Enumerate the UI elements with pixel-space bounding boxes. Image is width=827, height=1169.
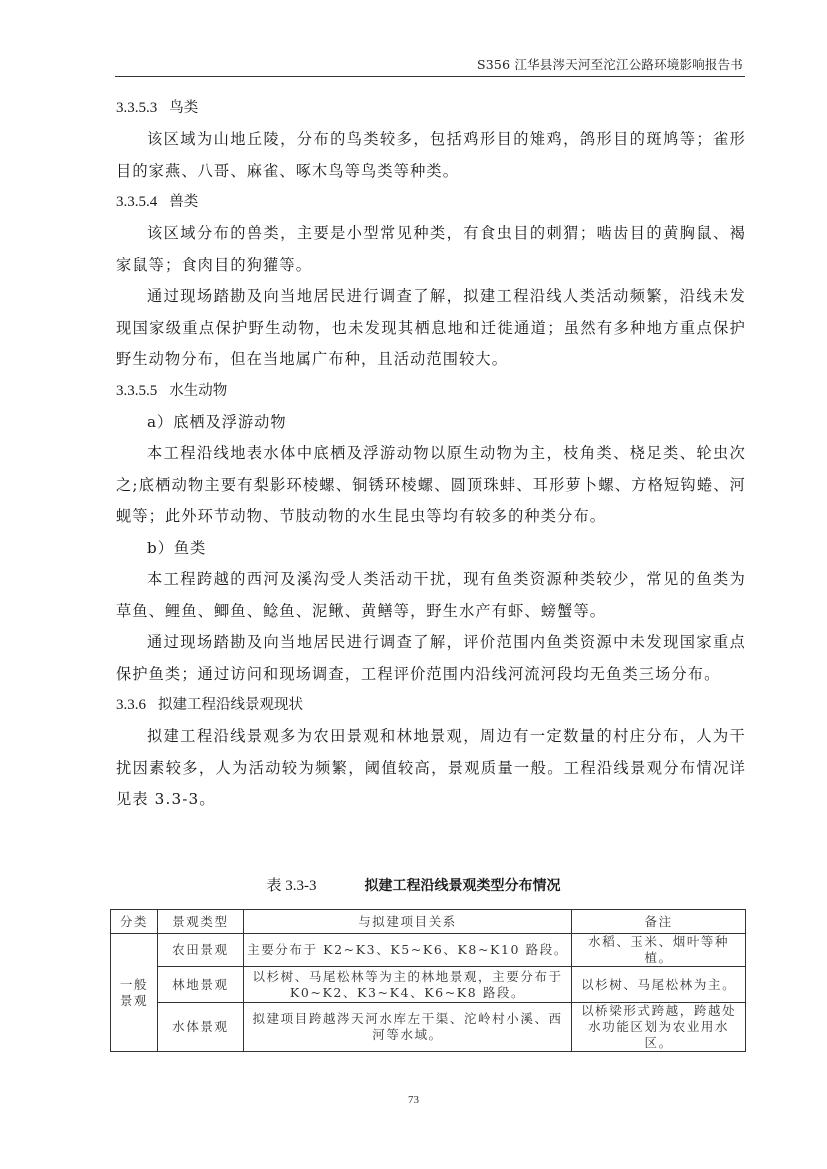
- section-number: 3.3.5.3: [116, 93, 157, 124]
- table-row: 林地景观 以杉树、马尾松林等为主的林地景观，主要分布于 K0~K2、K3~K4、…: [111, 967, 746, 1003]
- paragraph-fish: 本工程跨越的西河及溪沟受人类活动干扰，现有鱼类资源种类较少，常见的鱼类为草鱼、鲤…: [116, 564, 746, 627]
- header-note: 备注: [572, 910, 746, 934]
- group-label: 一般景观: [111, 934, 158, 1052]
- section-title: 拟建工程沿线景观现状: [158, 697, 303, 713]
- document-body: 3.3.5.3鸟类 该区域为山地丘陵，分布的鸟类较多，包括鸡形目的雉鸡，鸽形目的…: [116, 93, 746, 816]
- cell-note: 水稻、玉米、烟叶等种植。: [572, 934, 746, 967]
- cell-relation: 以杉树、马尾松林等为主的林地景观，主要分布于 K0~K2、K3~K4、K6~K8…: [243, 967, 571, 1003]
- header-category: 分类: [111, 910, 158, 934]
- landscape-table: 分类 景观类型 与拟建项目关系 备注 一般景观 农田景观 主要分布于 K2~K3…: [110, 909, 746, 1052]
- paragraph-birds: 该区域为山地丘陵，分布的鸟类较多，包括鸡形目的雉鸡，鸽形目的斑鸠等；雀形目的家燕…: [116, 124, 746, 187]
- section-number: 3.3.6: [116, 690, 146, 721]
- cell-type: 农田景观: [157, 934, 243, 967]
- paragraph-benthos: 本工程沿线地表水体中底栖及浮游动物以原生动物为主，枝角类、桡足类、轮虫次之;底栖…: [116, 438, 746, 533]
- paragraph-fish-survey: 通过现场踏勘及向当地居民进行调查了解，评价范围内鱼类资源中未发现国家重点保护鱼类…: [116, 627, 746, 690]
- section-heading-mammals: 3.3.5.4兽类: [116, 187, 746, 218]
- table-row: 一般景观 农田景观 主要分布于 K2~K3、K5~K6、K8~K10 路段。 水…: [111, 934, 746, 967]
- table-header-row: 分类 景观类型 与拟建项目关系 备注: [111, 910, 746, 934]
- section-title: 鸟类: [169, 100, 198, 116]
- subheading-fish: b）鱼类: [116, 533, 746, 565]
- cell-relation: 拟建项目跨越涔天河水库左干渠、沱岭村小溪、西河等水域。: [243, 1003, 571, 1052]
- table-caption: 表 3.3-3拟建工程沿线景观类型分布情况: [0, 874, 827, 895]
- subheading-benthos: a）底栖及浮游动物: [116, 407, 746, 439]
- header-relation: 与拟建项目关系: [243, 910, 571, 934]
- table-row: 水体景观 拟建项目跨越涔天河水库左干渠、沱岭村小溪、西河等水域。 以桥梁形式跨越…: [111, 1003, 746, 1052]
- cell-relation: 主要分布于 K2~K3、K5~K6、K8~K10 路段。: [243, 934, 571, 967]
- section-heading-landscape: 3.3.6拟建工程沿线景观现状: [116, 690, 746, 721]
- paragraph-landscape: 拟建工程沿线景观多为农田景观和林地景观，周边有一定数量的村庄分布，人为干扰因素较…: [116, 721, 746, 816]
- table-number: 表 3.3-3: [267, 878, 317, 894]
- section-heading-aquatic: 3.3.5.5水生动物: [116, 376, 746, 407]
- paragraph-wildlife-survey: 通过现场踏勘及向当地居民进行调查了解，拟建工程沿线人类活动频繁，沿线未发现国家级…: [116, 281, 746, 376]
- table-title: 拟建工程沿线景观类型分布情况: [365, 878, 561, 894]
- section-heading-birds: 3.3.5.3鸟类: [116, 93, 746, 124]
- header-landscape-type: 景观类型: [157, 910, 243, 934]
- cell-note: 以杉树、马尾松林为主。: [572, 967, 746, 1003]
- section-number: 3.3.5.4: [116, 187, 157, 218]
- section-title: 兽类: [169, 194, 198, 210]
- paragraph-mammals: 该区域分布的兽类，主要是小型常见种类，有食虫目的刺猬；啮齿目的黄胸鼠、褐家鼠等；…: [116, 218, 746, 281]
- document-title: S356 江华县涔天河至沱江公路环境影响报告书: [477, 55, 743, 73]
- section-title: 水生动物: [169, 383, 227, 399]
- cell-note: 以桥梁形式跨越，跨越处水功能区划为农业用水区。: [572, 1003, 746, 1052]
- cell-type: 林地景观: [157, 967, 243, 1003]
- page-header: S356 江华县涔天河至沱江公路环境影响报告书: [115, 52, 745, 77]
- page-number: 73: [0, 1094, 827, 1106]
- section-number: 3.3.5.5: [116, 376, 157, 407]
- cell-type: 水体景观: [157, 1003, 243, 1052]
